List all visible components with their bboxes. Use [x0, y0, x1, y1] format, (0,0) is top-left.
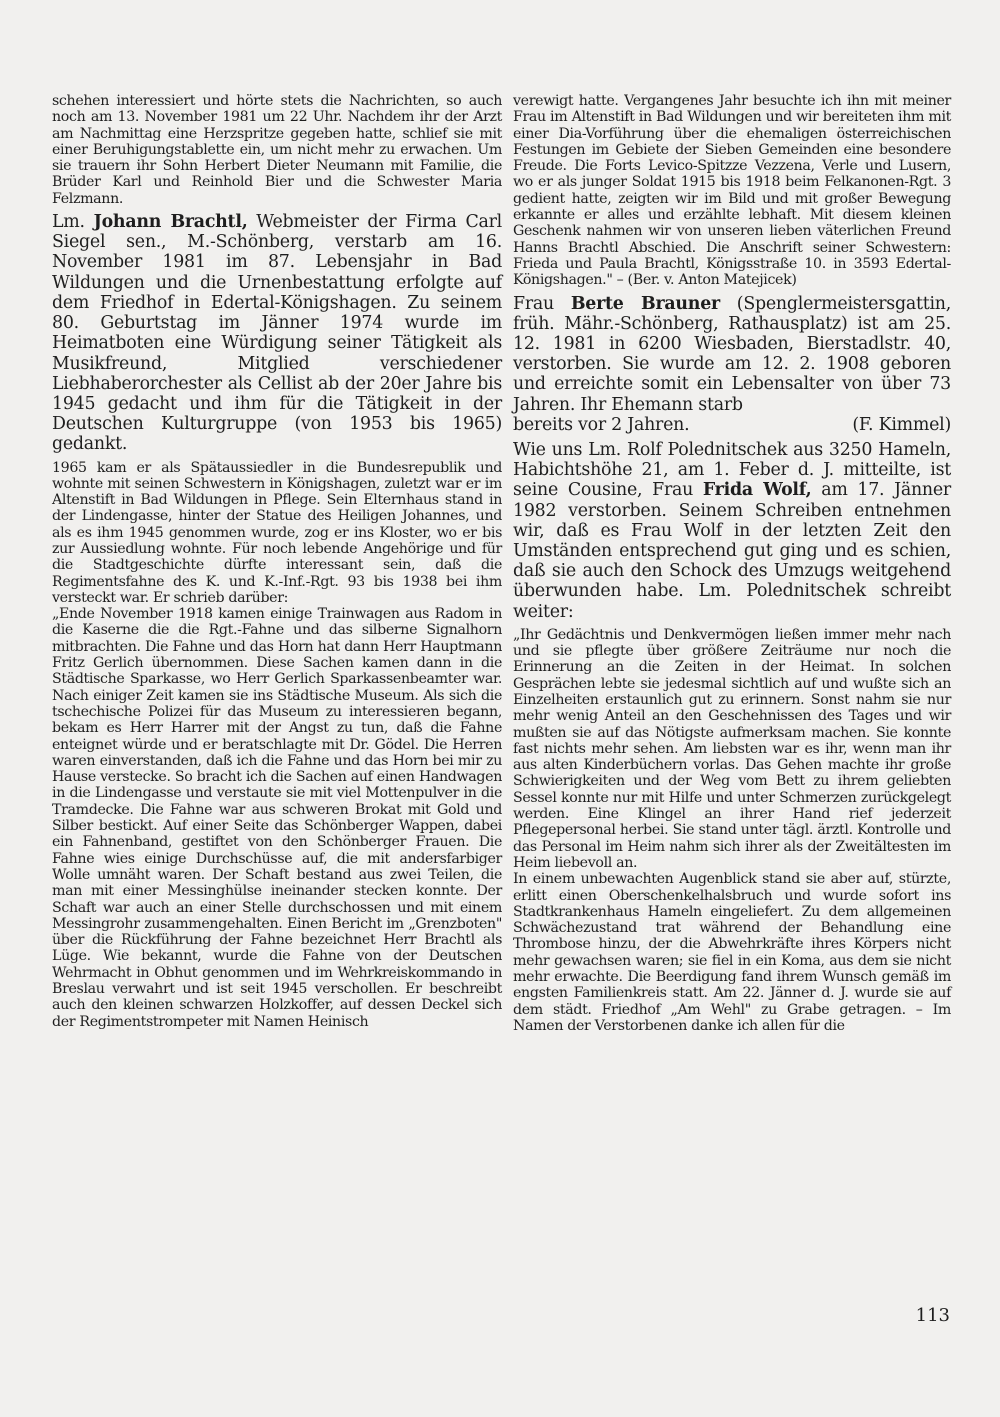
left-column: schehen interessiert und hörte stets die…: [52, 93, 502, 1030]
brachtl-quote: „Ende November 1918 kamen einige Trainwa…: [52, 606, 502, 1030]
right-column: verewigt hatte. Vergangenes Jahr besucht…: [513, 93, 951, 1034]
brachtl-biography: 1965 kam er als Spätaussiedler in die Bu…: [52, 460, 502, 607]
obituary-brauner-last-line: bereits vor 2 Jahren.(F. Kimmel): [513, 415, 951, 435]
obituary-text-end: bereits vor 2 Jahren.: [513, 415, 689, 435]
deceased-name: Johann Brachtl,: [94, 212, 248, 232]
obituary-prefix: Lm.: [52, 212, 94, 232]
obituary-prefix: Frau: [513, 294, 571, 314]
obituary-brauner: Frau Berte Brauner (Spenglermeistersgatt…: [513, 294, 951, 415]
obituary-neumann-end: schehen interessiert und hörte stets die…: [52, 93, 502, 207]
wolf-quote-continued: In einem unbewachten Augenblick stand si…: [513, 871, 951, 1034]
deceased-name: Berte Brauner: [571, 294, 720, 314]
wolf-quote: „Ihr Gedächtnis und Denkvermögen ließen …: [513, 627, 951, 871]
author-signature: (F. Kimmel): [852, 415, 951, 435]
page-number: 113: [916, 1305, 950, 1326]
brachtl-quote-end: verewigt hatte. Vergangenes Jahr besucht…: [513, 93, 951, 289]
obituary-wolf: Wie uns Lm. Rolf Polednitschek aus 3250 …: [513, 440, 951, 622]
obituary-brachtl: Lm. Johann Brachtl, Webmeister der Firma…: [52, 212, 502, 454]
obituary-text: Webmeister der Firma Carl Siegel sen., M…: [52, 212, 502, 454]
obituary-text: am 17. Jänner 1982 verstorben. Seinem Sc…: [513, 480, 951, 621]
deceased-name: Frida Wolf,: [703, 480, 812, 500]
